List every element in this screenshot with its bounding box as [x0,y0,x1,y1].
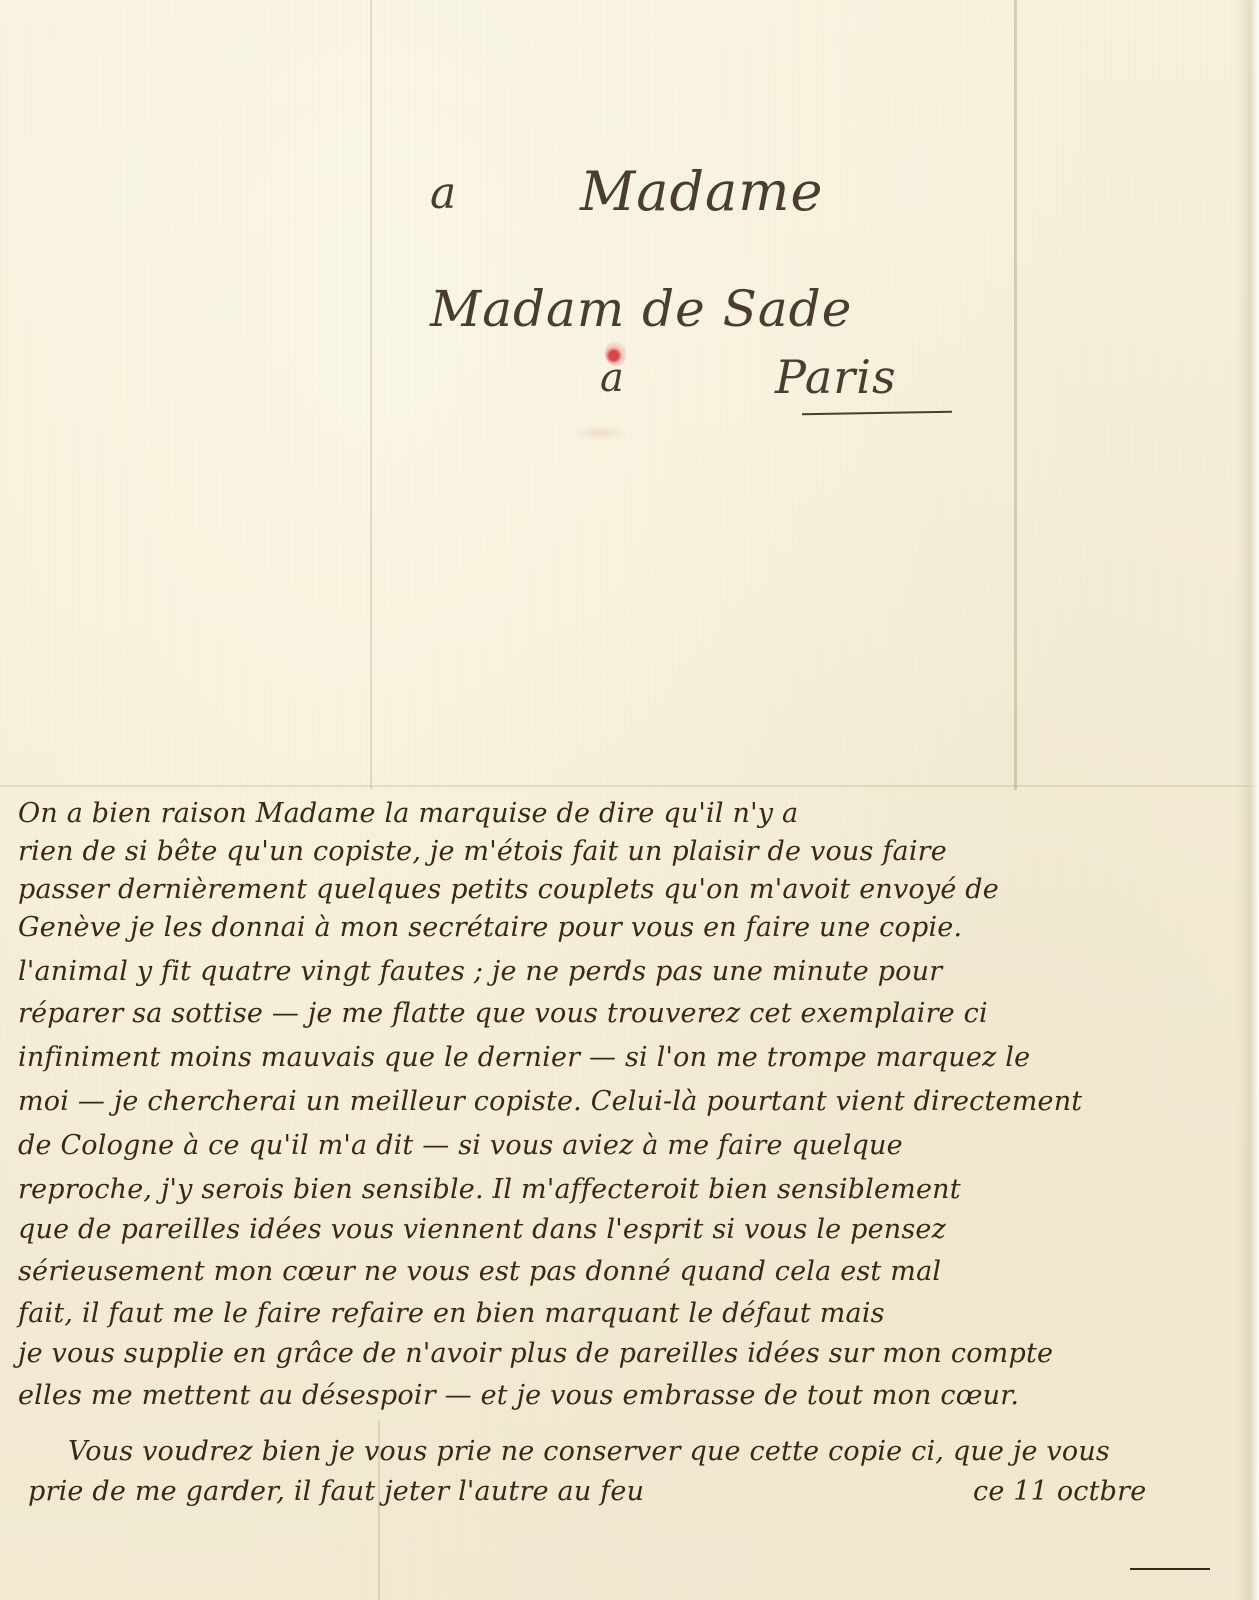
address-prefix: a [430,168,457,219]
body-line: infiniment moins mauvais que le dernier … [18,1044,1030,1071]
paper-fold-line [370,0,372,790]
body-line: reproche, j'y serois bien sensible. Il m… [18,1176,961,1203]
paper-edge [1237,0,1259,1600]
body-line: rien de si bête qu'un copiste, je m'étoi… [18,838,947,865]
paper-fold-line [0,785,1259,787]
body-line: On a bien raison Madame la marquise de d… [18,800,798,827]
address-underline [802,411,952,416]
body-line: elles me mettent au désespoir — et je vo… [18,1382,1019,1409]
red-wax-seal-mark [605,340,627,366]
letter-paper: a Madame Madam de Sade a Paris On a bien… [0,0,1259,1600]
letter-date: ce 11 octbre [973,1478,1146,1505]
paper-fold-line [1014,0,1017,790]
body-line: l'animal y fit quatre vingt fautes ; je … [18,958,942,985]
body-line: fait, il faut me le faire refaire en bie… [18,1300,885,1327]
body-line: réparer sa sottise — je me flatte que vo… [18,1000,988,1027]
address-recipient: Madam de Sade [430,280,852,338]
postscript-line: Vous voudrez bien je vous prie ne conser… [68,1438,1110,1465]
body-line: de Cologne à ce qu'il m'a dit — si vous … [18,1132,903,1159]
body-line: Genève je les donnai à mon secrétaire po… [18,914,962,941]
body-line: que de pareilles idées vous viennent dan… [18,1216,946,1243]
body-line: moi — je chercherai un meilleur copiste.… [18,1088,1082,1115]
body-line: sérieusement mon cœur ne vous est pas do… [18,1258,941,1285]
date-underline [1130,1568,1210,1570]
seal-stain [570,425,630,441]
body-line: passer dernièrement quelques petits coup… [18,876,999,903]
postscript-line: prie de me garder, il faut jeter l'autre… [28,1478,644,1505]
address-city: Paris [775,350,897,404]
address-title: Madame [580,160,823,223]
body-line: je vous supplie en grâce de n'avoir plus… [18,1340,1053,1367]
